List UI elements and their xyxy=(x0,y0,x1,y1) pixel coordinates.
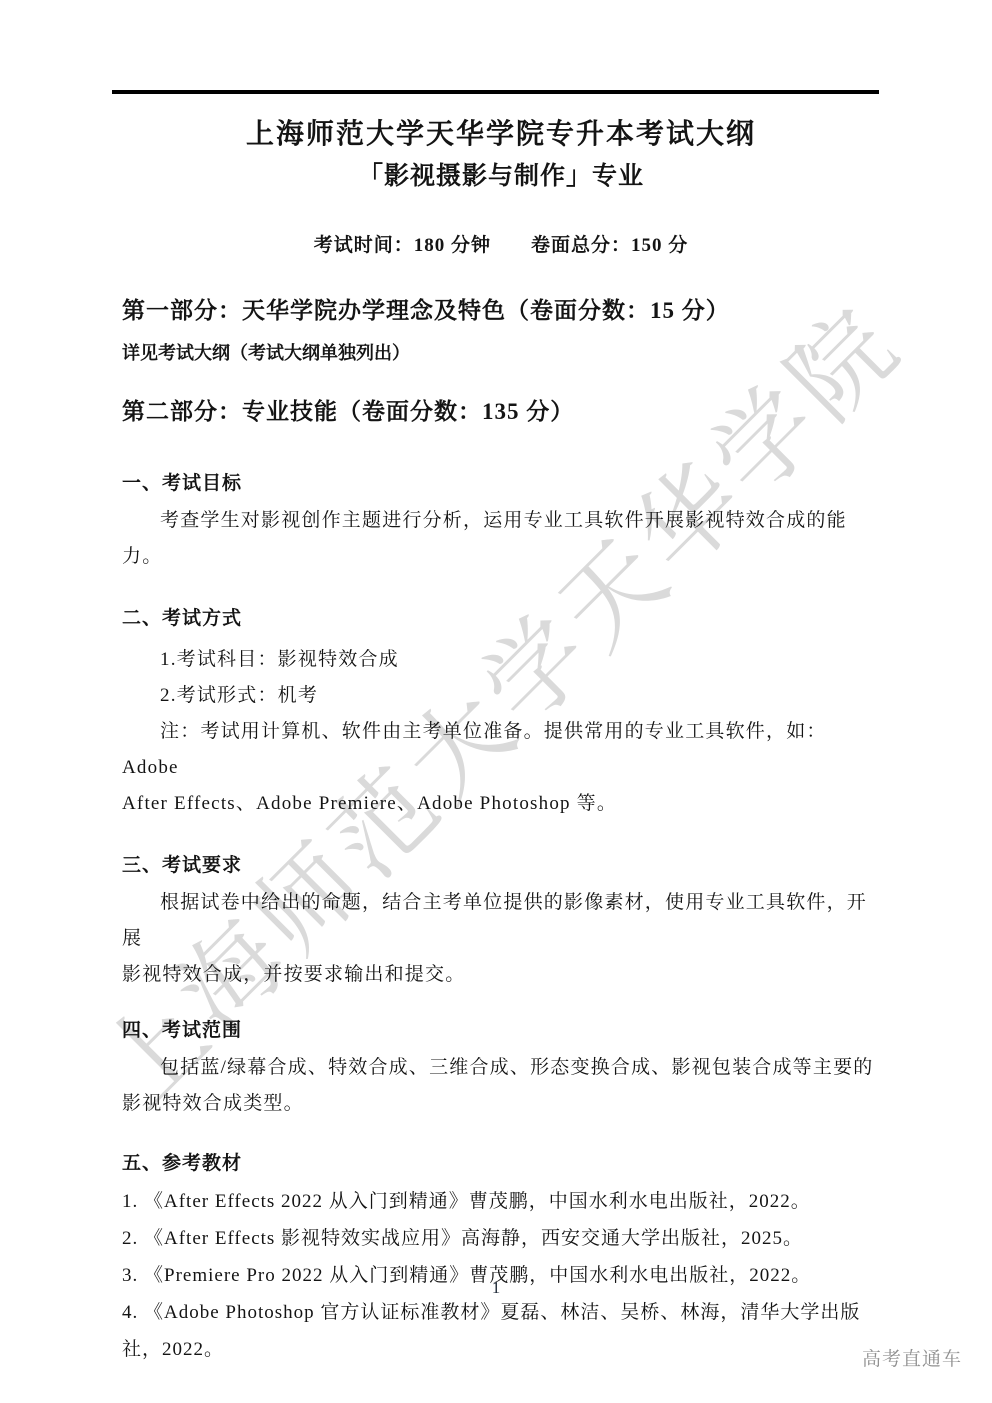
reference-book-item: 4. 《Adobe Photoshop 官方认证标准教材》夏磊、林洁、吴桥、林海… xyxy=(122,1294,880,1368)
document-page: 上海师范大学天华学院 上海师范大学天华学院专升本考试大纲 「影视摄影与制作」专业… xyxy=(0,0,992,1403)
page-number: 1 xyxy=(0,1278,992,1298)
section-exam-scope-heading: 四、考试范围 xyxy=(122,1017,880,1044)
part1-heading: 第一部分：天华学院办学理念及特色（卷面分数：15 分） xyxy=(122,295,880,327)
section-exam-objective-heading: 一、考试目标 xyxy=(122,470,880,497)
reference-book-list: 1. 《After Effects 2022 从入门到精通》曹茂鹏，中国水利水电… xyxy=(122,1183,880,1368)
brand-mark-gaokao-zhitongche: 高考直通车 xyxy=(862,1344,962,1371)
section-exam-objective-body: 考查学生对影视创作主题进行分析，运用专业工具软件开展影视特效合成的能力。 xyxy=(122,503,880,575)
document-body: 上海师范大学天华学院专升本考试大纲 「影视摄影与制作」专业 考试时间：180 分… xyxy=(122,0,880,1368)
part1-note: 详见考试大纲（考试大纲单独列出） xyxy=(122,341,880,366)
reference-book-item: 2. 《After Effects 影视特效实战应用》高海静，西安交通大学出版社… xyxy=(122,1220,880,1257)
reference-book-item: 1. 《After Effects 2022 从入门到精通》曹茂鹏，中国水利水电… xyxy=(122,1183,880,1220)
exam-method-note: 注：考试用计算机、软件由主考单位准备。提供常用的专业工具软件，如：Adobe A… xyxy=(122,714,880,822)
section-exam-requirements-body: 根据试卷中给出的命题，结合主考单位提供的影像素材，使用专业工具软件，开展 影视特… xyxy=(122,885,880,993)
exam-duration-and-total-score: 考试时间：180 分钟 卷面总分：150 分 xyxy=(122,232,880,259)
document-subtitle-major: 「影视摄影与制作」专业 xyxy=(122,160,880,194)
section-exam-method-heading: 二、考试方式 xyxy=(122,605,880,632)
part2-heading: 第二部分：专业技能（卷面分数：135 分） xyxy=(122,396,880,428)
section-exam-scope-body: 包括蓝/绿幕合成、特效合成、三维合成、形态变换合成、影视包装合成等主要的 影视特… xyxy=(122,1050,880,1122)
section-reference-books-heading: 五、参考教材 xyxy=(122,1150,880,1177)
exam-format-item: 2.考试形式：机考 xyxy=(122,678,880,714)
document-title: 上海师范大学天华学院专升本考试大纲 xyxy=(122,116,880,154)
section-exam-requirements-heading: 三、考试要求 xyxy=(122,852,880,879)
exam-subject-item: 1.考试科目：影视特效合成 xyxy=(122,642,880,678)
